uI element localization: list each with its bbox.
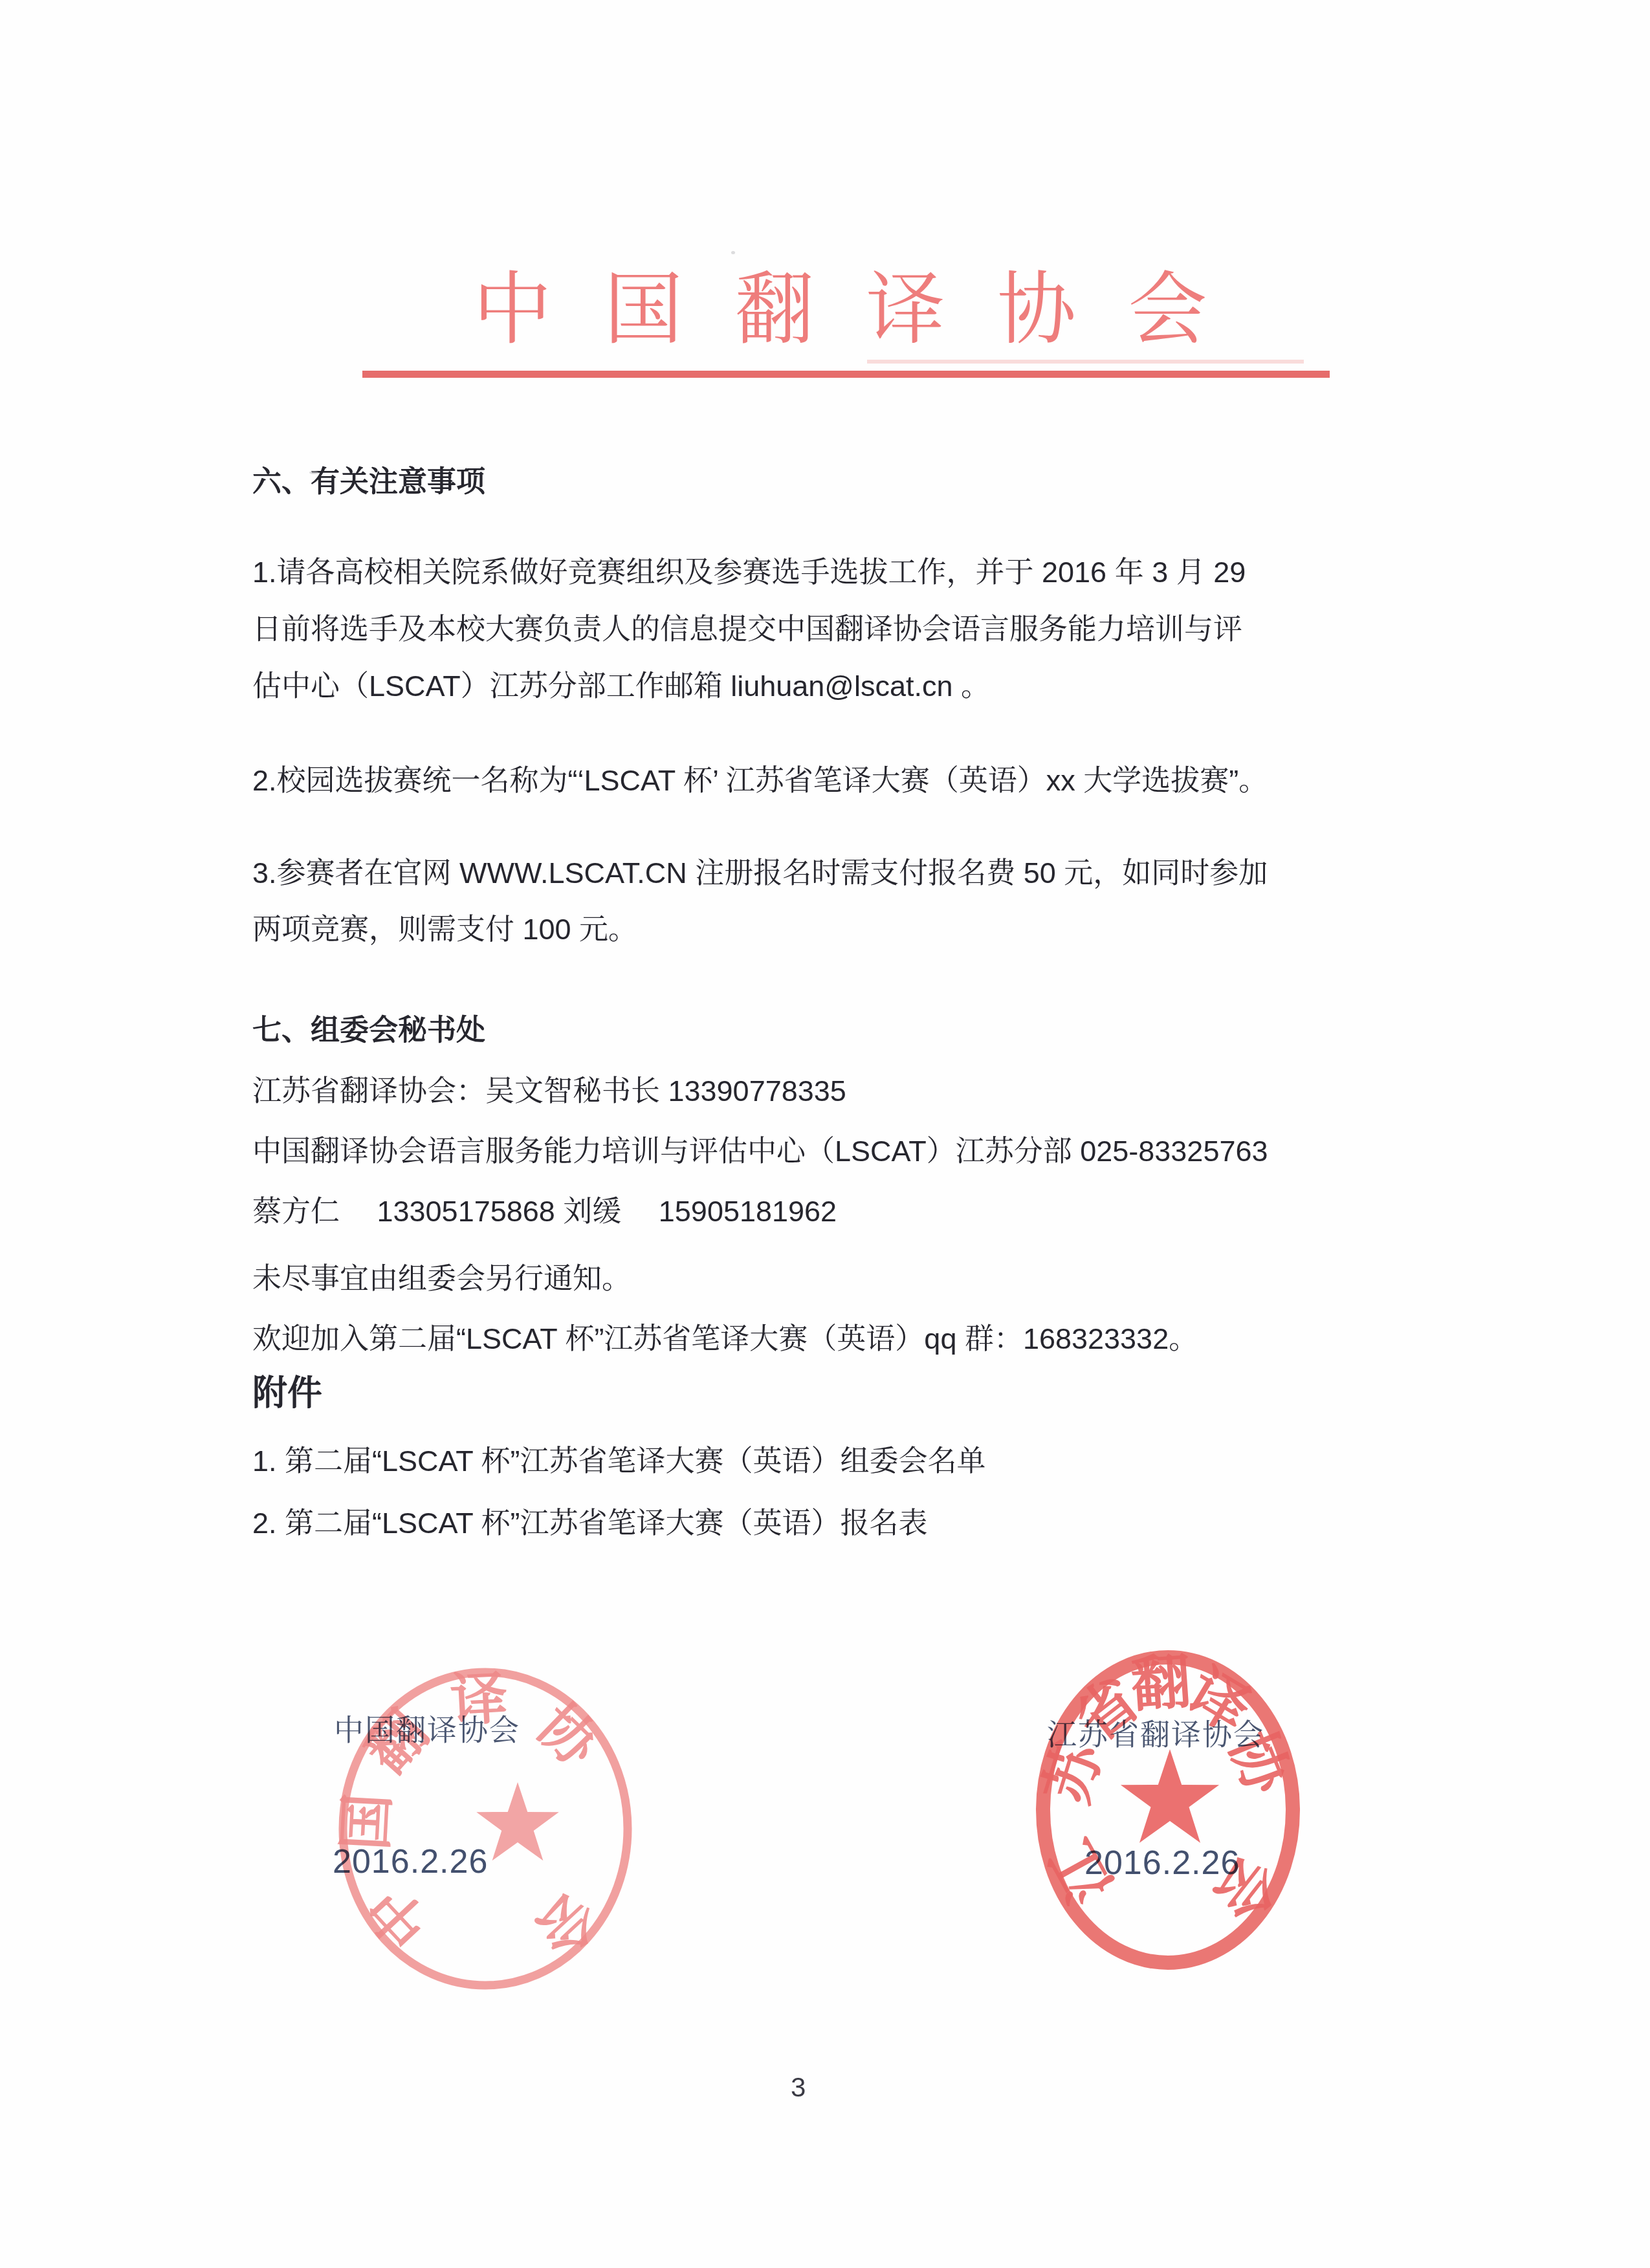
- paragraph3-line2: 两项竞赛，则需支付 100 元。: [252, 912, 637, 947]
- seal-star: [476, 1782, 558, 1860]
- scanned-document-page: 中国翻译协会 六、有关注意事项 1.请各高校相关院系做好竞赛组织及参赛选手选拔工…: [0, 0, 1650, 2268]
- attachment-item-1: 1. 第二届“LSCAT 杯”江苏省笔译大赛（英语）组委会名单: [252, 1444, 985, 1479]
- jiangsu-translators-association-seal: 江苏省翻译协会: [1032, 1650, 1304, 1973]
- paragraph1-line1: 1.请各高校相关院系做好竞赛组织及参赛选手选拔工作，并于 2016 年 3 月 …: [252, 555, 1246, 590]
- svg-text:翻: 翻: [353, 1698, 441, 1785]
- secretariat-contact-3: 蔡方仁 13305175868 刘缓 15905181962: [252, 1194, 837, 1229]
- qq-group-line: 欢迎加入第二届“LSCAT 杯”江苏省笔译大赛（英语）qq 群：16832333…: [252, 1322, 1198, 1357]
- secretariat-contact-1: 江苏省翻译协会：吴文智秘书长 13390778335: [252, 1074, 846, 1109]
- page-number: 3: [791, 2072, 806, 2103]
- attachment-item-2: 2. 第二届“LSCAT 杯”江苏省笔译大赛（英语）报名表: [252, 1506, 927, 1541]
- svg-text:译: 译: [449, 1664, 509, 1734]
- scan-speck: [731, 251, 735, 254]
- letterhead-rule: [362, 371, 1330, 378]
- scan-speck: [309, 471, 318, 474]
- svg-text:国: 国: [331, 1792, 401, 1852]
- paragraph1-line3: 估中心（LSCAT）江苏分部工作邮箱 liuhuan@lscat.cn 。: [252, 669, 990, 704]
- svg-text:中: 中: [354, 1873, 442, 1961]
- section7-heading: 七、组委会秘书处: [252, 1013, 485, 1048]
- letterhead-title: 中国翻译协会: [359, 246, 1330, 359]
- section6-heading: 六、有关注意事项: [252, 464, 485, 499]
- secretariat-contact-2: 中国翻译协会语言服务能力培训与评估中心（LSCAT）江苏分部 025-83325…: [252, 1134, 1268, 1169]
- china-translators-association-seal: 中国翻译协会: [327, 1663, 644, 1992]
- paragraph2: 2.校园选拔赛统一名称为“‘LSCAT 杯’ 江苏省笔译大赛（英语）xx 大学选…: [252, 763, 1268, 798]
- seal-star: [1121, 1749, 1219, 1843]
- attachments-heading: 附件: [252, 1373, 322, 1415]
- svg-text:会: 会: [523, 1880, 610, 1968]
- paragraph3-line1: 3.参赛者在官网 WWW.LSCAT.CN 注册报名时需支付报名费 50 元，如…: [252, 856, 1268, 891]
- further-notice-line: 未尽事宜由组委会另行通知。: [252, 1261, 631, 1296]
- letterhead-rule-ghost: [867, 360, 1304, 364]
- svg-text:协: 协: [524, 1691, 613, 1780]
- svg-text:会: 会: [1200, 1844, 1292, 1934]
- paragraph1-line2: 日前将选手及本校大赛负责人的信息提交中国翻译协会语言服务能力培训与评: [252, 612, 1242, 647]
- seal-ring-text: 中国翻译协会: [331, 1664, 613, 1968]
